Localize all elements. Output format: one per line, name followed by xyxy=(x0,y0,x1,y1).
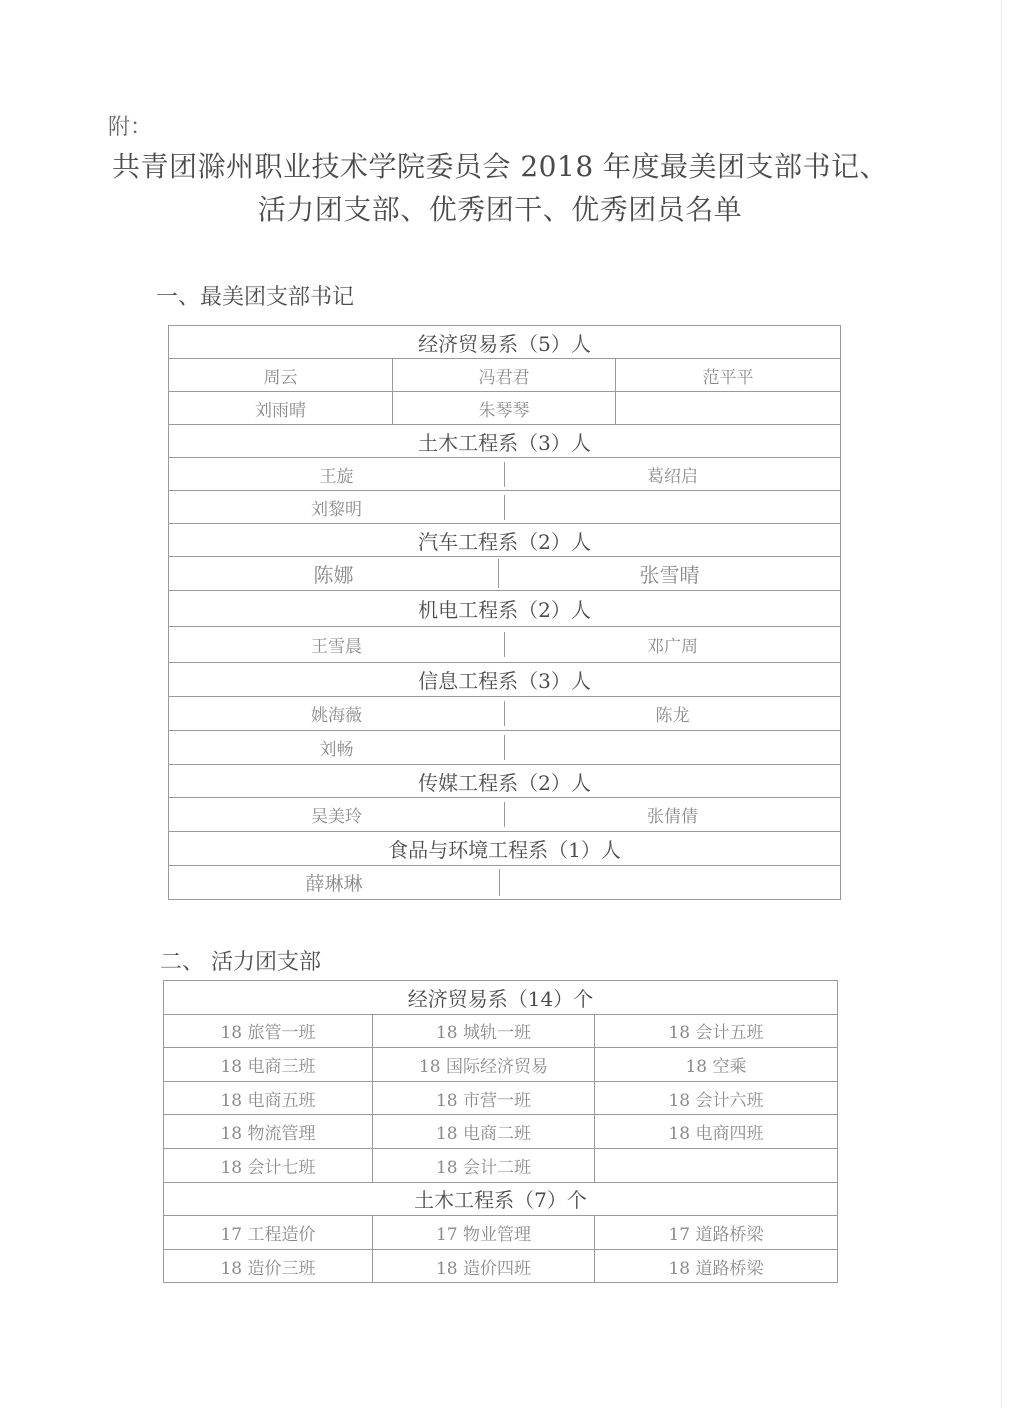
dept-header-row: 土木工程系（7）个 xyxy=(164,1182,838,1216)
dept-header-row: 土木工程系（3）人 xyxy=(169,425,841,458)
name-cell: 范平平 xyxy=(616,359,841,392)
table-row: 18 物流管理 18 电商二班 18 电商四班 xyxy=(164,1115,838,1149)
class-cell: 18 会计二班 xyxy=(373,1148,595,1182)
best-secretaries-table: 经济贸易系（5）人 周云 冯君君 范平平 刘雨晴 朱琴琴 土木工程系（3）人 王… xyxy=(168,325,841,900)
class-cell: 18 电商五班 xyxy=(164,1081,373,1115)
name-cell: 朱琴琴 xyxy=(393,392,616,425)
table-row: 18 电商五班 18 市营一班 18 会计六班 xyxy=(164,1081,838,1115)
class-cell: 18 城轨一班 xyxy=(373,1014,595,1048)
scan-artifact-line xyxy=(1001,0,1002,1408)
class-cell: 18 物流管理 xyxy=(164,1115,373,1149)
name-cell xyxy=(504,495,840,520)
name-cell xyxy=(499,869,840,896)
table-row: 18 电商三班 18 国际经济贸易 18 空乘 xyxy=(164,1048,838,1082)
name-cell: 张雪晴 xyxy=(498,559,840,588)
section-heading-best-secretaries: 一、最美团支部书记 xyxy=(156,280,354,311)
vibrant-branches-table: 经济贸易系（14）个 18 旅管一班 18 城轨一班 18 会计五班 18 电商… xyxy=(163,980,838,1283)
class-cell: 17 道路桥梁 xyxy=(595,1216,838,1250)
table-row: 18 旅管一班 18 城轨一班 18 会计五班 xyxy=(164,1014,838,1048)
name-cell: 周云 xyxy=(169,359,393,392)
document-title-line-2: 活力团支部、优秀团干、优秀团员名单 xyxy=(0,188,1000,228)
table-row: 18 会计七班 18 会计二班 xyxy=(164,1148,838,1182)
class-cell: 18 造价三班 xyxy=(164,1249,373,1283)
table-row: 刘黎明 xyxy=(169,491,841,524)
dept-header: 传媒工程系（2）人 xyxy=(169,765,841,798)
dept-header-row: 经济贸易系（5）人 xyxy=(169,326,841,359)
dept-header: 土木工程系（3）人 xyxy=(169,425,841,458)
name-cell: 王雪晨 xyxy=(169,632,504,657)
name-cell: 薛琳琳 xyxy=(169,869,499,896)
name-cell: 冯君君 xyxy=(393,359,616,392)
table-row: 18 造价三班 18 造价四班 18 道路桥梁 xyxy=(164,1249,838,1283)
class-cell: 18 道路桥梁 xyxy=(595,1249,838,1283)
name-cell: 王旋 xyxy=(169,462,504,487)
class-cell: 17 工程造价 xyxy=(164,1216,373,1250)
dept-header-row: 机电工程系（2）人 xyxy=(169,591,841,627)
table-row: 周云 冯君君 范平平 xyxy=(169,359,841,392)
name-cell: 吴美玲 xyxy=(169,802,504,827)
dept-header-row: 汽车工程系（2）人 xyxy=(169,524,841,557)
section-heading-vibrant-branches: 二、 活力团支部 xyxy=(160,945,321,976)
table-row: 王旋 葛绍启 xyxy=(169,458,841,491)
class-cell: 18 造价四班 xyxy=(373,1249,595,1283)
dept-header: 机电工程系（2）人 xyxy=(169,591,841,627)
name-cell: 邓广周 xyxy=(504,632,840,657)
dept-header-row: 食品与环境工程系（1）人 xyxy=(169,832,841,866)
dept-header: 经济贸易系（5）人 xyxy=(169,326,841,359)
class-cell: 17 物业管理 xyxy=(373,1216,595,1250)
appendix-label: 附： xyxy=(108,110,152,141)
dept-header-row: 信息工程系（3）人 xyxy=(169,663,841,697)
class-cell: 18 会计七班 xyxy=(164,1148,373,1182)
class-cell: 18 旅管一班 xyxy=(164,1014,373,1048)
class-cell: 18 会计六班 xyxy=(595,1081,838,1115)
class-cell: 18 电商三班 xyxy=(164,1048,373,1082)
table-row: 王雪晨 邓广周 xyxy=(169,627,841,663)
dept-header: 食品与环境工程系（1）人 xyxy=(169,832,841,866)
table-row: 薛琳琳 xyxy=(169,866,841,900)
name-cell: 葛绍启 xyxy=(504,462,840,487)
table-row: 姚海薇 陈龙 xyxy=(169,697,841,731)
name-cell: 陈娜 xyxy=(169,559,498,588)
name-cell: 张倩倩 xyxy=(504,802,840,827)
document-title-line-1: 共青团滁州职业技术学院委员会 2018 年度最美团支部书记、 xyxy=(0,145,1000,185)
class-cell xyxy=(595,1148,838,1182)
name-cell: 刘畅 xyxy=(169,735,504,760)
name-cell: 刘雨晴 xyxy=(169,392,393,425)
class-cell: 18 会计五班 xyxy=(595,1014,838,1048)
class-cell: 18 空乘 xyxy=(595,1048,838,1082)
table-row: 吴美玲 张倩倩 xyxy=(169,798,841,832)
class-cell: 18 电商四班 xyxy=(595,1115,838,1149)
name-cell: 刘黎明 xyxy=(169,495,504,520)
dept-header: 汽车工程系（2）人 xyxy=(169,524,841,557)
dept-header-row: 经济贸易系（14）个 xyxy=(164,981,838,1015)
class-cell: 18 国际经济贸易 xyxy=(373,1048,595,1082)
name-cell: 陈龙 xyxy=(504,701,840,726)
class-cell: 18 电商二班 xyxy=(373,1115,595,1149)
table-row: 刘畅 xyxy=(169,731,841,765)
name-cell: 姚海薇 xyxy=(169,701,504,726)
table-row: 陈娜 张雪晴 xyxy=(169,557,841,591)
name-cell xyxy=(616,392,841,425)
dept-header: 经济贸易系（14）个 xyxy=(164,981,838,1015)
dept-header: 信息工程系（3）人 xyxy=(169,663,841,697)
dept-header: 土木工程系（7）个 xyxy=(164,1182,838,1216)
dept-header-row: 传媒工程系（2）人 xyxy=(169,765,841,798)
table-row: 17 工程造价 17 物业管理 17 道路桥梁 xyxy=(164,1216,838,1250)
table-row: 刘雨晴 朱琴琴 xyxy=(169,392,841,425)
name-cell xyxy=(504,735,840,760)
class-cell: 18 市营一班 xyxy=(373,1081,595,1115)
